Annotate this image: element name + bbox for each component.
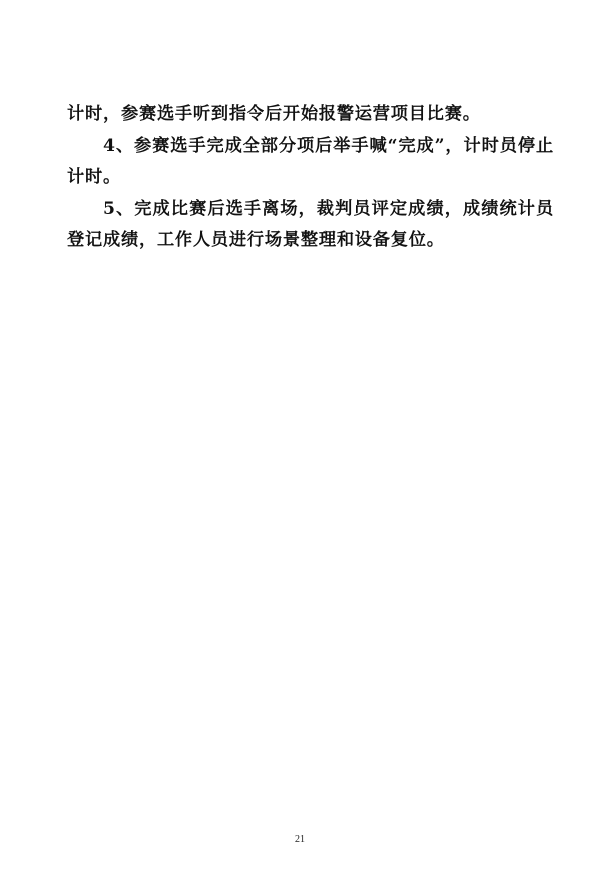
paragraph-continuation: 计时，参赛选手听到指令后开始报警运营项目比赛。 (67, 99, 554, 131)
page-number: 21 (0, 834, 600, 845)
document-page: 计时，参赛选手听到指令后开始报警运营项目比赛。 4、参赛选手完成全部分项后举手喊… (0, 0, 600, 878)
paragraph-item-4: 4、参赛选手完成全部分项后举手喊“完成”，计时员停止计时。 (67, 131, 554, 194)
paragraph-item-5: 5、完成比赛后选手离场，裁判员评定成绩，成绩统计员登记成绩，工作人员进行场景整理… (67, 194, 554, 257)
body-text: 计时，参赛选手听到指令后开始报警运营项目比赛。 4、参赛选手完成全部分项后举手喊… (67, 99, 554, 257)
